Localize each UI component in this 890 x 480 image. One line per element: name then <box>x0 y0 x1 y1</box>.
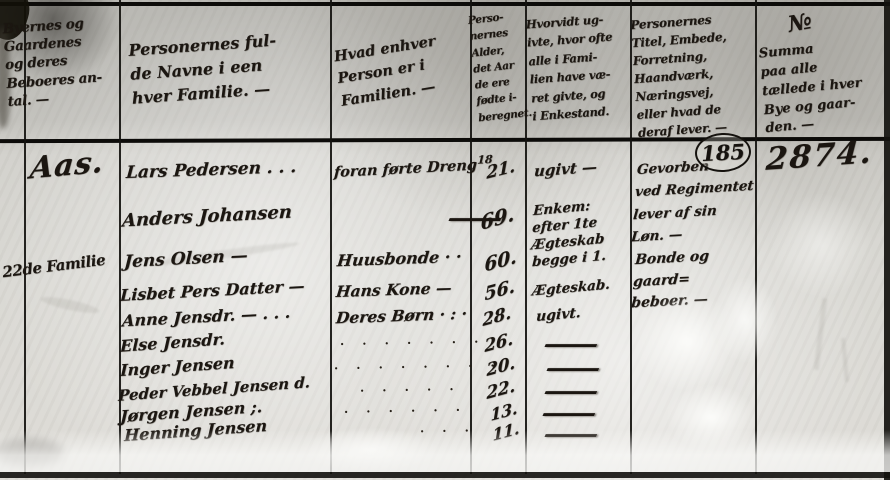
marital-status: ugivt. <box>536 305 581 325</box>
header-col-names: Personernes ful- de Navne i een hver Fam… <box>128 25 328 110</box>
summa-total-value: 2874. <box>765 134 874 178</box>
column-divider <box>525 0 527 474</box>
dotted-leader: · · · <box>420 424 476 439</box>
header-col-summa: Summa paa alle tællede i hver Bye og gaa… <box>758 35 888 139</box>
census-page: Byernes og Gaardenes og deres Beboeres a… <box>0 0 890 480</box>
family-number: 22de Familie <box>1 249 122 281</box>
family-role: Deres Børn · : · <box>335 304 468 328</box>
header-col-places: Byernes og Gaardenes og deres Beboeres a… <box>2 12 126 111</box>
marital-ditto: — <box>542 381 558 400</box>
ink-blotch <box>0 440 64 466</box>
person-name: Inger Jensen <box>120 353 235 380</box>
family-role: Hans Kone — <box>335 278 453 301</box>
column-divider <box>755 0 757 474</box>
occupation-entry: Bonde og gaard= beboer. — <box>630 244 760 316</box>
person-name: Else Jensdr. <box>120 329 226 355</box>
farm-name: Aas. <box>29 145 106 187</box>
person-name: Lars Pedersen . . . <box>125 157 297 183</box>
family-role: Huusbonde · · <box>336 247 462 270</box>
dotted-leader: · · · · · · · <box>340 335 486 352</box>
person-name: Anders Johansen <box>122 202 293 232</box>
age-value: 26. <box>484 329 513 357</box>
faded-area <box>756 180 886 310</box>
person-name: Jens Olsen — <box>124 246 249 273</box>
person-name: Anne Jensdr. — . . . <box>122 303 291 331</box>
marital-ditto: — <box>542 424 558 443</box>
page-right-edge <box>884 0 890 480</box>
header-col-occupation: Personernes Titel, Embede, Forretning, H… <box>630 8 757 142</box>
marital-status: ugivt — <box>533 158 597 181</box>
dotted-leader: · · · · · <box>360 382 461 398</box>
age-value: 28. <box>482 303 511 331</box>
column-divider <box>470 0 472 474</box>
column-divider <box>330 0 332 474</box>
bleed-through-mark <box>841 338 849 382</box>
person-name: Lisbet Pers Datter — <box>120 276 305 305</box>
header-col-position: Hvad enhver Person er i Familien. — <box>333 26 472 113</box>
dotted-leader: · · · · · · · · <box>334 359 502 376</box>
header-col-age: Perso- nernes Alder, det Aar de ere født… <box>467 8 529 126</box>
family-role-text: foran førte Dreng <box>334 156 478 181</box>
dotted-leader: · · · · · · <box>344 403 467 419</box>
bleed-through-mark <box>814 298 828 370</box>
marital-ditto: — <box>542 334 558 353</box>
bleed-through-mark <box>40 294 101 316</box>
ditto-dash: — <box>542 419 600 448</box>
marital-ditto: — <box>544 358 560 377</box>
age-value: 56. <box>484 276 515 306</box>
family-role-ditto: — <box>446 208 462 227</box>
marital-status: Ægteskab. <box>532 277 611 300</box>
header-summa-numero-mark: № <box>786 8 814 38</box>
age-value: 60. <box>484 245 516 276</box>
header-col-marital: Hvorvidt ug- ivte, hvor ofte alle i Fami… <box>525 9 631 126</box>
marital-status: Enkem: efter 1te Ægteskab <box>531 197 607 254</box>
family-role: foran førte Dreng18 <box>334 153 493 181</box>
